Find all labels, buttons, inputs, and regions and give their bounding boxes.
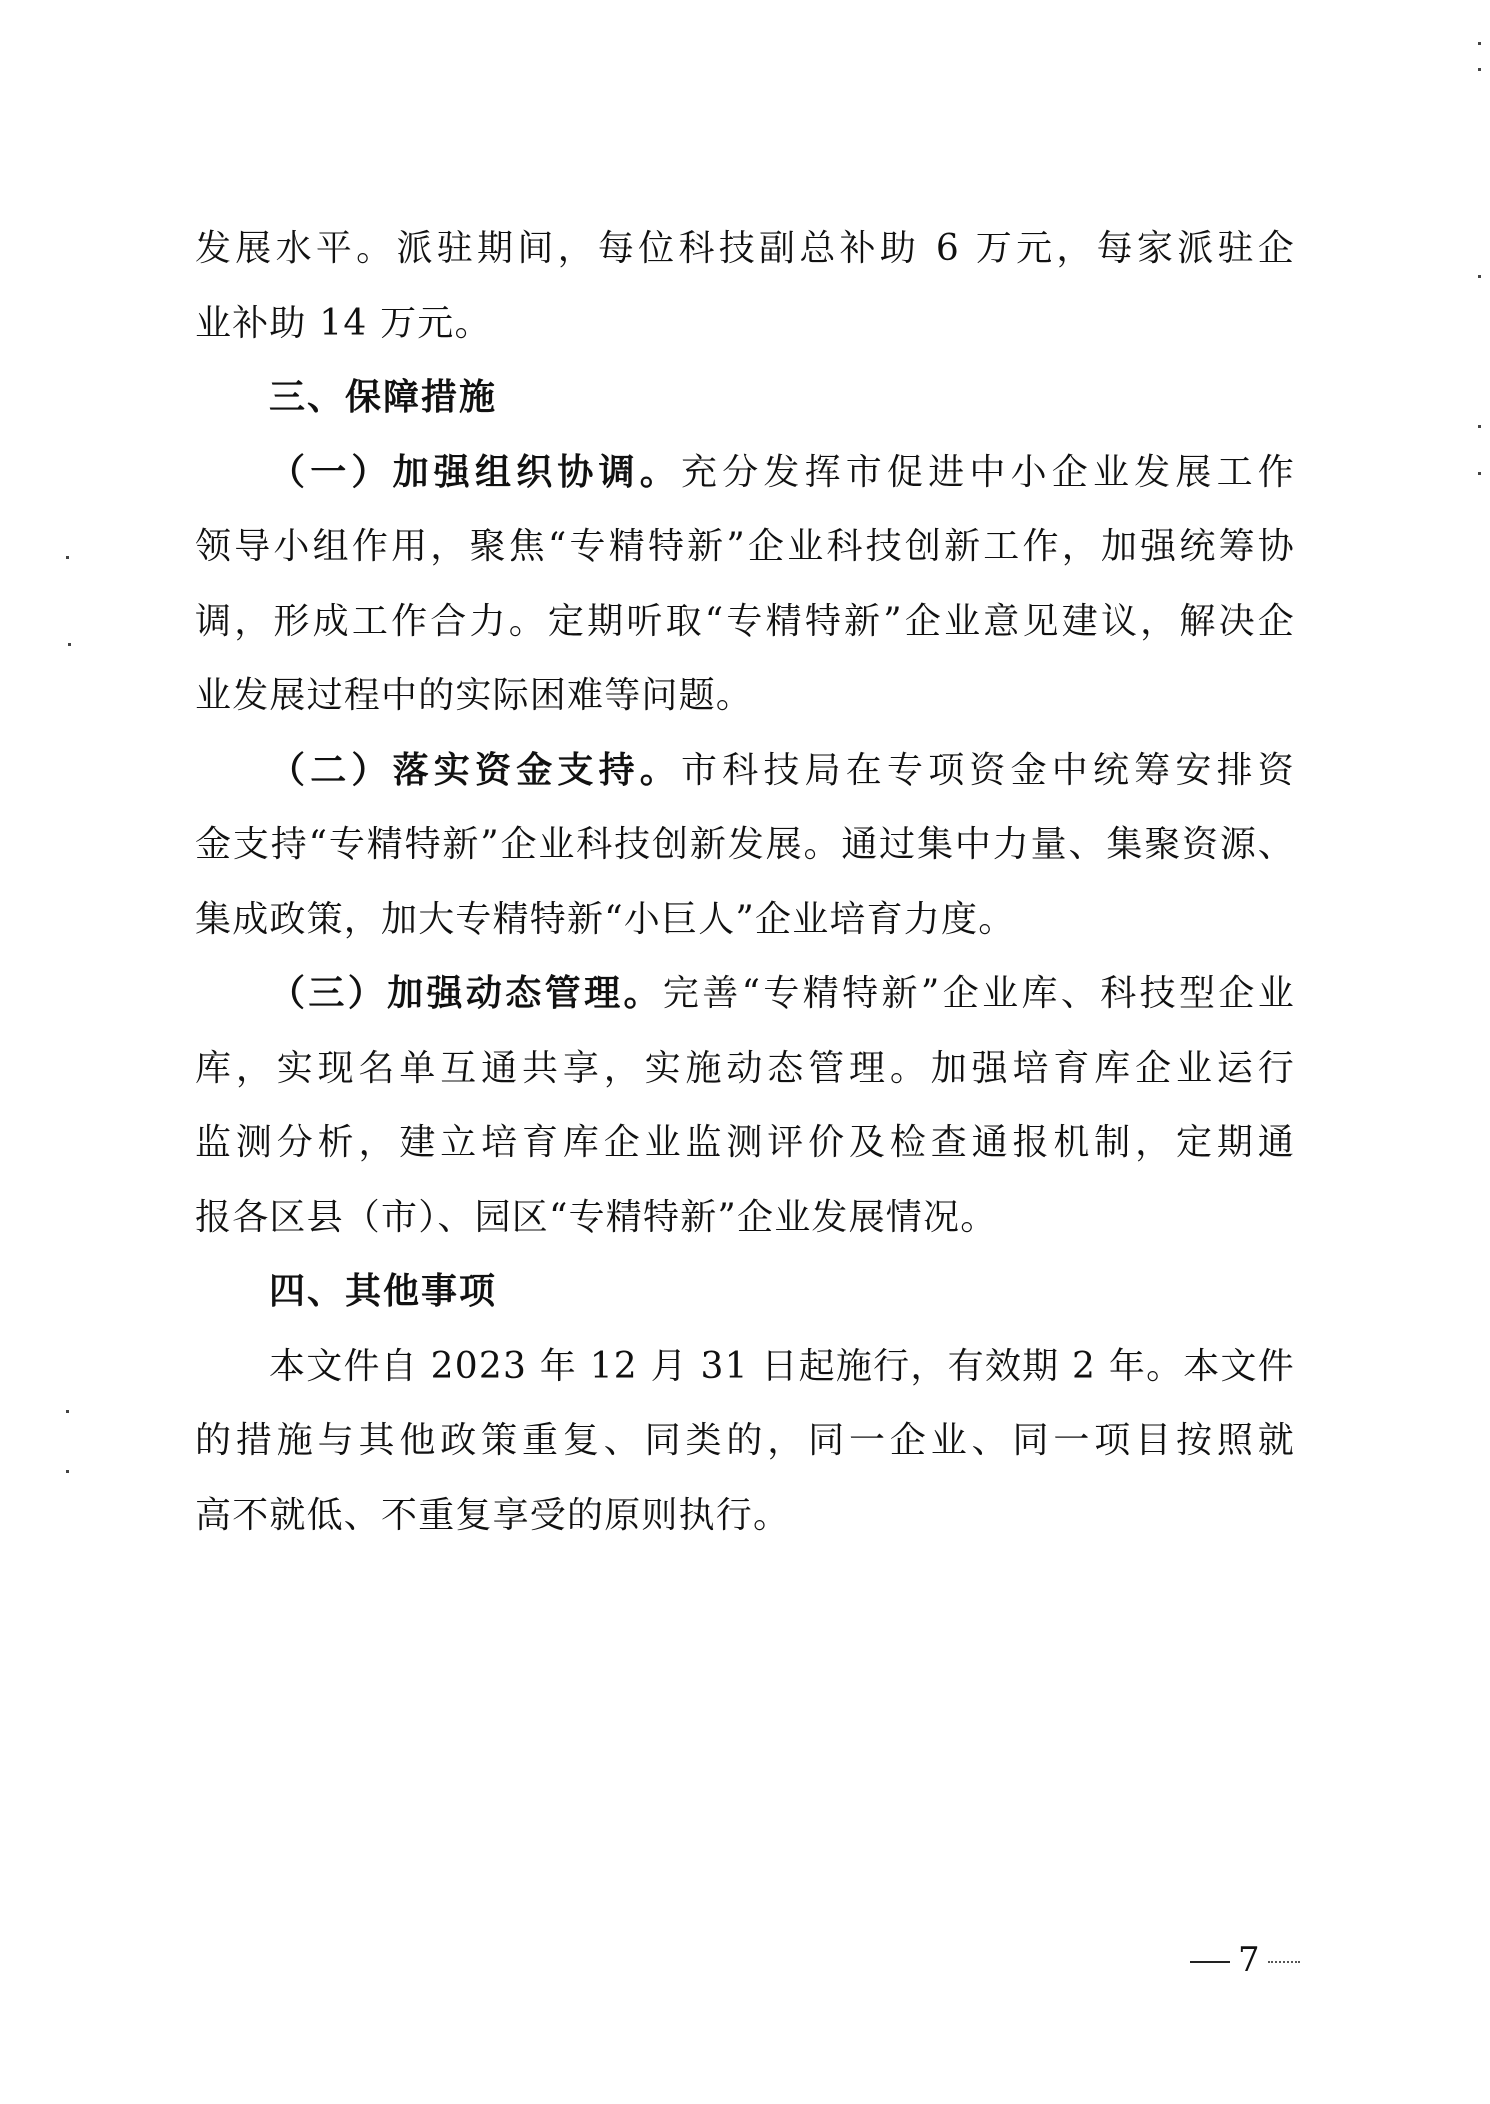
item-text: 充分发挥市促进中小企业发展工作 (681, 452, 1295, 493)
paragraph-line: 监测分析，建立培育库企业监测评价及检查通报机制，定期通 (195, 1106, 1295, 1181)
page-number-dash-left (1190, 1961, 1230, 1963)
item-text: 完善“专精特新”企业库、科技型企业 (663, 973, 1295, 1014)
page-number: 7 (1190, 1940, 1300, 1980)
paragraph-line: 的措施与其他政策重复、同类的，同一企业、同一项目按照就 (195, 1404, 1295, 1479)
item-lead: （三）加强动态管理。 (269, 973, 663, 1014)
scan-speck (66, 1410, 69, 1413)
paragraph-line: 本文件自 2023 年 12 月 31 日起施行，有效期 2 年。本文件 (195, 1330, 1295, 1405)
paragraph-line: 业发展过程中的实际困难等问题。 (195, 659, 1295, 734)
scan-speck (68, 643, 71, 646)
scan-speck (1478, 275, 1481, 278)
document-body: 发展水平。派驻期间，每位科技副总补助 6 万元，每家派驻企 业补助 14 万元。… (195, 212, 1295, 1553)
paragraph-line: （三）加强动态管理。完善“专精特新”企业库、科技型企业 (195, 957, 1295, 1032)
paragraph-line: （二）落实资金支持。市科技局在专项资金中统筹安排资 (195, 734, 1295, 809)
scan-speck (1478, 472, 1481, 475)
item-text: 市科技局在专项资金中统筹安排资 (681, 750, 1295, 791)
page-number-value: 7 (1238, 1940, 1260, 1980)
page-number-dash-right (1268, 1961, 1300, 1963)
paragraph-line: 发展水平。派驻期间，每位科技副总补助 6 万元，每家派驻企 (195, 212, 1295, 287)
paragraph-line: （一）加强组织协调。充分发挥市促进中小企业发展工作 (195, 436, 1295, 511)
scan-speck (1478, 425, 1481, 428)
section-heading: 四、其他事项 (195, 1255, 1295, 1330)
scan-speck (66, 556, 69, 559)
paragraph-line: 调，形成工作合力。定期听取“专精特新”企业意见建议，解决企 (195, 585, 1295, 660)
paragraph-line: 领导小组作用，聚焦“专精特新”企业科技创新工作，加强统筹协 (195, 510, 1295, 585)
item-lead: （一）加强组织协调。 (269, 452, 681, 493)
paragraph-line: 库，实现名单互通共享，实施动态管理。加强培育库企业运行 (195, 1032, 1295, 1107)
section-heading: 三、保障措施 (195, 361, 1295, 436)
scan-speck (1478, 68, 1481, 71)
document-page: 发展水平。派驻期间，每位科技副总补助 6 万元，每家派驻企 业补助 14 万元。… (0, 0, 1490, 2104)
scan-speck (66, 1470, 69, 1473)
item-lead: （二）落实资金支持。 (269, 750, 681, 791)
paragraph-line: 金支持“专精特新”企业科技创新发展。通过集中力量、集聚资源、 (195, 808, 1295, 883)
paragraph-line: 集成政策，加大专精特新“小巨人”企业培育力度。 (195, 883, 1295, 958)
paragraph-line: 高不就低、不重复享受的原则执行。 (195, 1479, 1295, 1554)
paragraph-line: 业补助 14 万元。 (195, 287, 1295, 362)
paragraph-line: 报各区县（市）、园区“专精特新”企业发展情况。 (195, 1181, 1295, 1256)
scan-speck (1478, 42, 1481, 45)
